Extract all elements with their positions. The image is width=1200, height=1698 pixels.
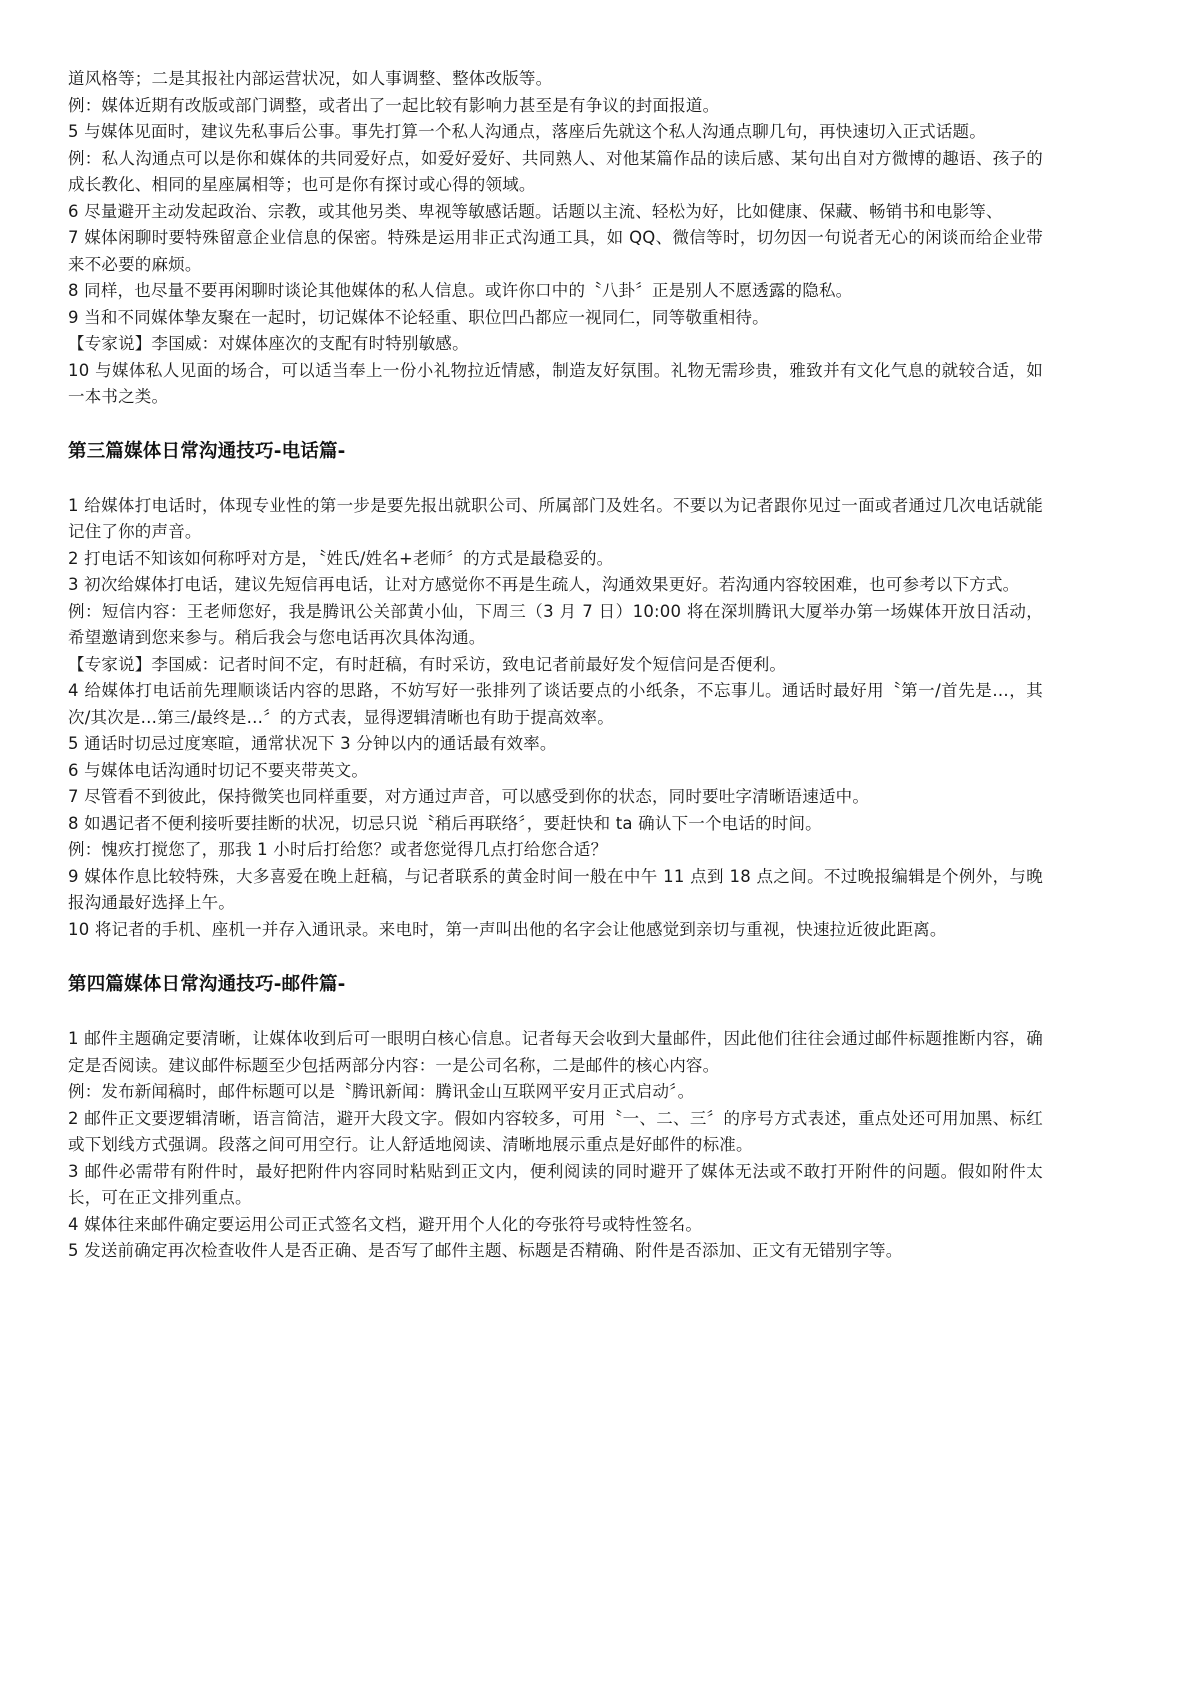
paragraph: 9 当和不同媒体挚友聚在一起时，切记媒体不论轻重、职位凹凸都应一视同仁，同等敬重… <box>68 305 1043 332</box>
section-email: 第四篇媒体日常沟通技巧-邮件篇- 1 邮件主题确定要清晰，让媒体收到后可一眼明白… <box>68 971 1043 1265</box>
paragraph: 3 邮件必需带有附件时，最好把附件内容同时粘贴到正文内，便利阅读的同时避开了媒体… <box>68 1159 1043 1212</box>
paragraph: 2 打电话不知该如何称呼对方是，〝姓氏/姓名+老师〞的方式是最稳妥的。 <box>68 546 1043 573</box>
paragraph: 5 发送前确定再次检查收件人是否正确、是否写了邮件主题、标题是否精确、附件是否添… <box>68 1238 1043 1265</box>
example-paragraph: 例：媒体近期有改版或部门调整，或者出了一起比较有影响力甚至是有争议的封面报道。 <box>68 93 1043 120</box>
section2-continuation: 道风格等；二是其报社内部运营状况，如人事调整、整体改版等。 例：媒体近期有改版或… <box>68 66 1043 411</box>
paragraph: 2 邮件正文要逻辑清晰，语言简洁，避开大段文字。假如内容较多，可用〝一、二、三〞… <box>68 1106 1043 1159</box>
paragraph: 6 与媒体电话沟通时切记不要夹带英文。 <box>68 758 1043 785</box>
paragraph: 7 媒体闲聊时要特殊留意企业信息的保密。特殊是运用非正式沟通工具，如 QQ、微信… <box>68 225 1043 278</box>
paragraph: 5 通话时切忌过度寒暄，通常状况下 3 分钟以内的通话最有效率。 <box>68 731 1043 758</box>
document-page: 道风格等；二是其报社内部运营状况，如人事调整、整体改版等。 例：媒体近期有改版或… <box>68 66 1043 1265</box>
example-paragraph: 例：私人沟通点可以是你和媒体的共同爱好点，如爱好爱好、共同熟人、对他某篇作品的读… <box>68 146 1043 199</box>
example-paragraph: 例：愧疚打搅您了，那我 1 小时后打给您？或者您觉得几点打给您合适？ <box>68 837 1043 864</box>
paragraph: 7 尽管看不到彼此，保持微笑也同样重要，对方通过声音，可以感受到你的状态，同时要… <box>68 784 1043 811</box>
paragraph: 8 同样，也尽量不要再闲聊时谈论其他媒体的私人信息。或许你口中的〝八卦〞正是别人… <box>68 278 1043 305</box>
expert-note: 【专家说】李国威：记者时间不定，有时赶稿，有时采访，致电记者前最好发个短信问是否… <box>68 652 1043 679</box>
paragraph: 6 尽量避开主动发起政治、宗教，或其他另类、卑视等敏感话题。话题以主流、轻松为好… <box>68 199 1043 226</box>
paragraph: 5 与媒体见面时，建议先私事后公事。事先打算一个私人沟通点，落座后先就这个私人沟… <box>68 119 1043 146</box>
paragraph: 1 给媒体打电话时，体现专业性的第一步是要先报出就职公司、所属部门及姓名。不要以… <box>68 493 1043 546</box>
section-phone: 第三篇媒体日常沟通技巧-电话篇- 1 给媒体打电话时，体现专业性的第一步是要先报… <box>68 438 1043 944</box>
expert-note: 【专家说】李国威：对媒体座次的支配有时特别敏感。 <box>68 331 1043 358</box>
section-heading: 第四篇媒体日常沟通技巧-邮件篇- <box>68 971 1043 999</box>
paragraph: 10 与媒体私人见面的场合，可以适当奉上一份小礼物拉近情感，制造友好氛围。礼物无… <box>68 358 1043 411</box>
paragraph: 8 如遇记者不便利接听要挂断的状况，切忌只说〝稍后再联络〞，要赶快和 ta 确认… <box>68 811 1043 838</box>
paragraph: 3 初次给媒体打电话，建议先短信再电话，让对方感觉你不再是生疏人，沟通效果更好。… <box>68 572 1043 599</box>
paragraph: 10 将记者的手机、座机一并存入通讯录。来电时，第一声叫出他的名字会让他感觉到亲… <box>68 917 1043 944</box>
example-paragraph: 例：短信内容：王老师您好，我是腾讯公关部黄小仙，下周三（3 月 7 日）10:0… <box>68 599 1043 652</box>
paragraph: 4 媒体往来邮件确定要运用公司正式签名文档，避开用个人化的夸张符号或特性签名。 <box>68 1212 1043 1239</box>
paragraph: 9 媒体作息比较特殊，大多喜爱在晚上赶稿，与记者联系的黄金时间一般在中午 11 … <box>68 864 1043 917</box>
paragraph: 1 邮件主题确定要清晰，让媒体收到后可一眼明白核心信息。记者每天会收到大量邮件，… <box>68 1026 1043 1079</box>
example-paragraph: 例：发布新闻稿时，邮件标题可以是〝腾讯新闻：腾讯金山互联网平安月正式启动〞。 <box>68 1079 1043 1106</box>
paragraph: 道风格等；二是其报社内部运营状况，如人事调整、整体改版等。 <box>68 66 1043 93</box>
section-heading: 第三篇媒体日常沟通技巧-电话篇- <box>68 438 1043 466</box>
paragraph: 4 给媒体打电话前先理顺谈话内容的思路，不妨写好一张排列了谈话要点的小纸条，不忘… <box>68 678 1043 731</box>
